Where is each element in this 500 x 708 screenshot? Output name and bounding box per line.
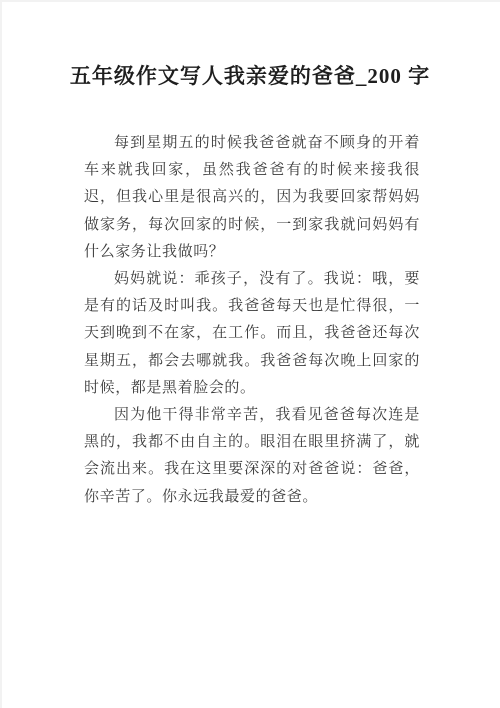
article-body: 每到星期五的时候我爸爸就奋不顾身的开着车来就我回家，虽然我爸爸有的时候来接我很迟… [0, 90, 500, 511]
paragraph: 因为他干得非常辛苦，我看见爸爸每次连是黑的，我都不由自主的。眼泪在眼里挤满了，就… [84, 402, 420, 511]
paragraph: 妈妈就说：乖孩子，没有了。我说：哦，要是有的话及时叫我。我爸爸每天也是忙得很，一… [84, 266, 420, 402]
paragraph: 每到星期五的时候我爸爸就奋不顾身的开着车来就我回家，虽然我爸爸有的时候来接我很迟… [84, 130, 420, 266]
page-title: 五年级作文写人我亲爱的爸爸_200 字 [0, 0, 500, 90]
document-page: 五年级作文写人我亲爱的爸爸_200 字 每到星期五的时候我爸爸就奋不顾身的开着车… [0, 0, 500, 708]
